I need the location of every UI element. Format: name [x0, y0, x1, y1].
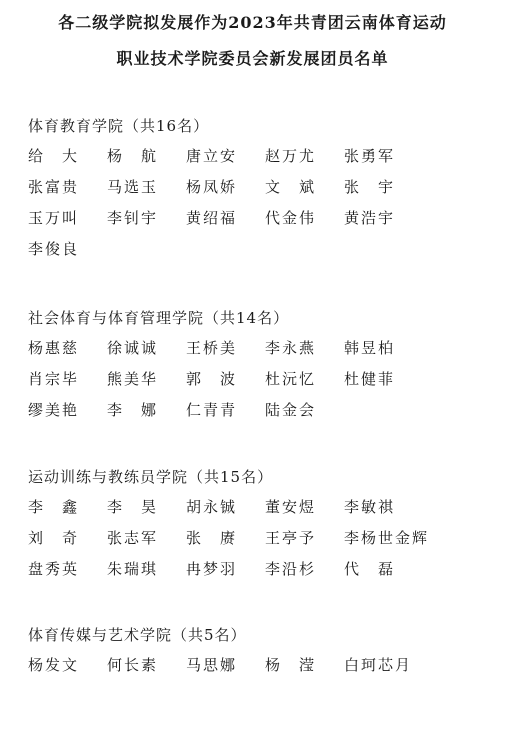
member-name: 朱瑞琪 — [107, 554, 186, 585]
member-name: 杨 滢 — [265, 650, 344, 681]
name-row: 盘秀英朱瑞琪冉梦羽李沿杉代 磊 — [28, 554, 498, 585]
member-name: 王亭予 — [265, 523, 344, 554]
member-name: 胡永铖 — [186, 492, 265, 523]
name-row: 玉万叫李钊宇黄绍福代金伟黄浩宇 — [28, 203, 498, 234]
name-row: 给 大杨 航唐立安赵万尤张勇军 — [28, 141, 498, 172]
member-name: 白珂芯月 — [344, 650, 423, 681]
member-name: 冉梦羽 — [186, 554, 265, 585]
name-row: 张富贵马选玉杨凤娇文 斌张 宇 — [28, 172, 498, 203]
member-name: 郭 波 — [186, 364, 265, 395]
section-heading: 体育教育学院（共16名） — [28, 111, 498, 141]
document-title-line-1: 各二级学院拟发展作为2023年共青团云南体育运动 — [0, 10, 505, 33]
member-name: 韩昱柏 — [344, 333, 423, 364]
section-heading: 社会体育与体育管理学院（共14名） — [28, 303, 498, 333]
section-sports-media-arts: 体育传媒与艺术学院（共5名） 杨发文何长素马思娜杨 滢白珂芯月 — [28, 620, 498, 681]
section-physical-education: 体育教育学院（共16名） 给 大杨 航唐立安赵万尤张勇军 张富贵马选玉杨凤娇文 … — [28, 111, 498, 265]
member-name: 给 大 — [28, 141, 107, 172]
member-name: 代金伟 — [265, 203, 344, 234]
member-name: 唐立安 — [186, 141, 265, 172]
name-row: 肖宗毕熊美华郭 波杜沅忆杜健菲 — [28, 364, 498, 395]
member-name: 代 磊 — [344, 554, 423, 585]
member-name: 缪美艳 — [28, 395, 107, 426]
section-heading: 体育传媒与艺术学院（共5名） — [28, 620, 498, 650]
member-name: 李永燕 — [265, 333, 344, 364]
member-name: 董安煜 — [265, 492, 344, 523]
member-name: 李 娜 — [107, 395, 186, 426]
member-name: 杨惠慈 — [28, 333, 107, 364]
member-name: 张 赓 — [186, 523, 265, 554]
member-name: 文 斌 — [265, 172, 344, 203]
name-row: 杨发文何长素马思娜杨 滢白珂芯月 — [28, 650, 498, 681]
member-name: 徐诚诚 — [107, 333, 186, 364]
member-name: 杨 航 — [107, 141, 186, 172]
member-name: 黄浩宇 — [344, 203, 423, 234]
name-row: 杨惠慈徐诚诚王桥美李永燕韩昱柏 — [28, 333, 498, 364]
member-name: 李 昊 — [107, 492, 186, 523]
section-social-sports-management: 社会体育与体育管理学院（共14名） 杨惠慈徐诚诚王桥美李永燕韩昱柏 肖宗毕熊美华… — [28, 303, 498, 426]
name-row: 李俊良 — [28, 234, 498, 265]
member-name: 李敏祺 — [344, 492, 423, 523]
member-name: 王桥美 — [186, 333, 265, 364]
member-name: 杨凤娇 — [186, 172, 265, 203]
member-name: 熊美华 — [107, 364, 186, 395]
member-name: 张 宇 — [344, 172, 423, 203]
section-heading: 运动训练与教练员学院（共15名） — [28, 462, 498, 492]
member-name: 李杨世金辉 — [344, 523, 423, 554]
member-name: 黄绍福 — [186, 203, 265, 234]
member-name: 李钊宇 — [107, 203, 186, 234]
member-name: 马选玉 — [107, 172, 186, 203]
member-name: 仁青青 — [186, 395, 265, 426]
member-name: 李俊良 — [28, 234, 107, 265]
member-name: 张勇军 — [344, 141, 423, 172]
member-name: 张志军 — [107, 523, 186, 554]
member-name: 杜沅忆 — [265, 364, 344, 395]
member-name: 马思娜 — [186, 650, 265, 681]
member-name: 杨发文 — [28, 650, 107, 681]
member-name: 赵万尤 — [265, 141, 344, 172]
member-name: 杜健菲 — [344, 364, 423, 395]
document-title-line-2: 职业技术学院委员会新发展团员名单 — [0, 46, 505, 69]
member-name: 李 鑫 — [28, 492, 107, 523]
member-name: 玉万叫 — [28, 203, 107, 234]
name-row: 缪美艳李 娜仁青青陆金会 — [28, 395, 498, 426]
member-name: 陆金会 — [265, 395, 344, 426]
member-name: 盘秀英 — [28, 554, 107, 585]
member-name: 肖宗毕 — [28, 364, 107, 395]
name-row: 李 鑫李 昊胡永铖董安煜李敏祺 — [28, 492, 498, 523]
section-sports-training-coaching: 运动训练与教练员学院（共15名） 李 鑫李 昊胡永铖董安煜李敏祺 刘 奇张志军张… — [28, 462, 498, 585]
name-row: 刘 奇张志军张 赓王亭予李杨世金辉 — [28, 523, 498, 554]
member-name: 何长素 — [107, 650, 186, 681]
member-name: 张富贵 — [28, 172, 107, 203]
member-name: 刘 奇 — [28, 523, 107, 554]
member-name: 李沿杉 — [265, 554, 344, 585]
